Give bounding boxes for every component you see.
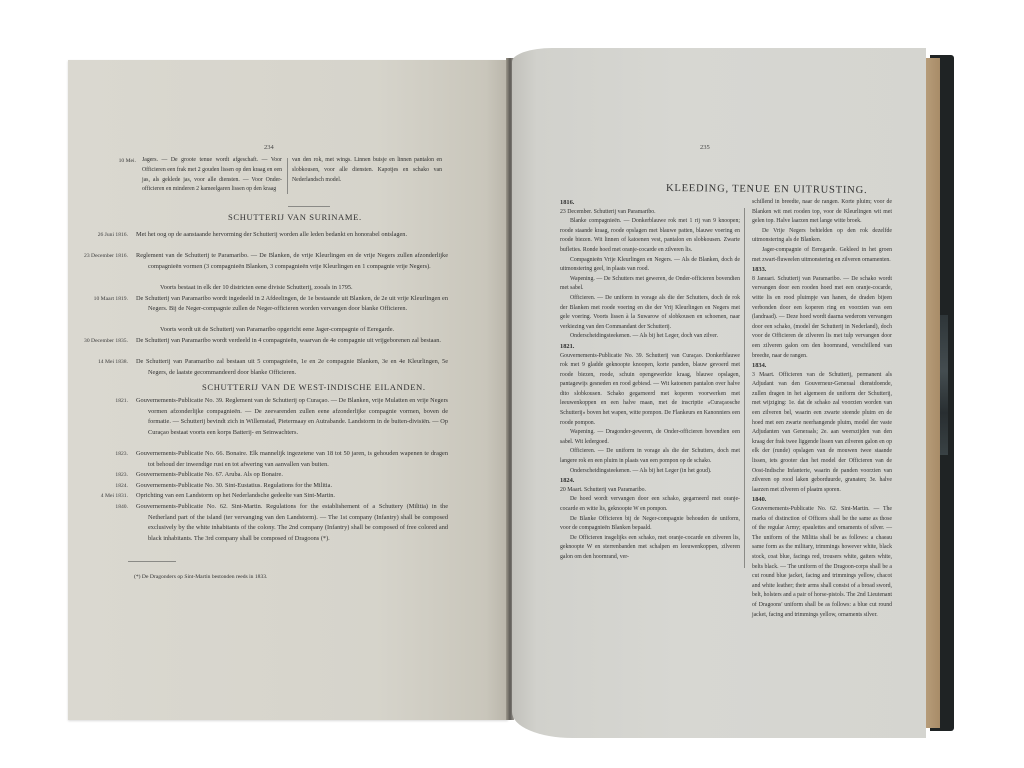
entry-text: De Schutterij van Paramaribo wordt inged…: [136, 294, 448, 315]
paragraph: De Blanke Officieren bij de Neger-compag…: [560, 515, 740, 534]
left-page: 234 10 Mei. Jagers. — De groote tenue wo…: [68, 60, 508, 720]
paragraph: 23 December. Schutterij van Paramaribo.: [560, 208, 740, 218]
entry-text: Gouvernements-Publicatie No. 67. Aruba. …: [136, 470, 448, 481]
year-heading: 1840.: [752, 495, 892, 505]
paragraph: 8 Januari. Schutterij van Paramaribo. — …: [752, 275, 892, 361]
entry-date: 26 Juni 1816.: [68, 230, 128, 241]
top-entry-col1: Jagers. — De groote tenue wordt afgescha…: [142, 156, 282, 195]
entry-date: 10 Maart 1819.: [68, 294, 128, 305]
paragraph: schillend in breedte, naar de rangen. Ko…: [752, 198, 892, 227]
top-entry-col2: van den rok, met wings. Linnen buisje en…: [292, 156, 442, 185]
year-heading: 1816.: [560, 198, 740, 208]
paragraph: Blanke compagnieën. — Donkerblauwe rok m…: [560, 217, 740, 255]
section-heading-suriname: SCHUTTERIJ VAN SURINAME.: [228, 212, 362, 222]
column-divider: [287, 158, 288, 194]
entry-date: 14 Mei 1838.: [68, 357, 128, 368]
right-page: 235 KLEEDING, TENUE EN UITRUSTING. 1816.…: [512, 48, 926, 738]
entry-continuation: Voorts bestaat in elk der 10 districten …: [160, 283, 436, 294]
open-book: 234 10 Mei. Jagers. — De groote tenue wo…: [0, 0, 1024, 768]
page-title: KLEEDING, TENUE EN UITRUSTING.: [666, 183, 868, 196]
paragraph: Jager-compagnie of Eeregarde. Gekleed in…: [752, 246, 892, 265]
entry-date: 4 Mei 1831.: [68, 491, 128, 502]
paragraph: Onderscheidingsteekenen. — Als bij het L…: [560, 467, 740, 477]
entry-text: Gouvernements-Publicatie No. 39. Regleme…: [136, 396, 448, 438]
paragraph: De hoed wordt vervangen door een schako,…: [560, 495, 740, 514]
entry-date: 23 December 1816.: [68, 251, 128, 262]
paragraph: De Vrije Negers behielden op den rok dez…: [752, 227, 892, 246]
entry-text: Gouvernements-Publicatie No. 62. Sint-Ma…: [136, 502, 448, 544]
paragraph: Gouvernements-Publicatie No. 62. Sint-Ma…: [752, 505, 892, 620]
page-number-left: 234: [264, 144, 274, 151]
year-heading: 1821.: [560, 342, 740, 352]
section-heading-west-indies: SCHUTTERIJ VAN DE WEST-INDISCHE EILANDEN…: [202, 382, 426, 392]
entry-date: 1823.: [68, 449, 128, 460]
paragraph: Compagnieën Vrije Kleurlingen en Negers.…: [560, 256, 740, 275]
entry-text: Gouvernements-Publicatie No. 30. Sint-Eu…: [136, 481, 448, 492]
paragraph: Wapening. — De Schutters met geweren, de…: [560, 275, 740, 294]
paragraph: Onderscheidingsteekenen. — Als bij het L…: [560, 332, 740, 342]
divider-rule: [288, 206, 330, 207]
paragraph: Officieren. — De uniform in vorage als d…: [560, 294, 740, 332]
paragraph: Gouvernements-Publicatie No. 39. Schutte…: [560, 352, 740, 429]
paragraph: 3 Maart. Officieren van de Schutterij, p…: [752, 371, 892, 496]
page-number-right: 235: [700, 144, 710, 151]
entry-date: 30 December 1835.: [68, 336, 128, 347]
column-divider: [744, 208, 745, 568]
entry-date: 1823.: [68, 470, 128, 481]
year-heading: 1834.: [752, 361, 892, 371]
entry-text: Met het oog op de aanstaande hervorming …: [136, 230, 448, 241]
footnote: (*) De Dragonders op Sint-Martin bestond…: [134, 572, 434, 583]
entry-text: Gouvernements-Publicatie No. 66. Bonaire…: [136, 449, 448, 470]
entry-text: De Schutterij van Paramaribo wordt verde…: [136, 336, 448, 347]
paragraph: De Officieren insgelijks een schako, met…: [560, 534, 740, 563]
footnote-rule: [128, 561, 176, 562]
right-column-1: 1816.23 December. Schutterij van Paramar…: [560, 198, 740, 563]
year-heading: 1833.: [752, 265, 892, 275]
entry-date: 1840.: [68, 502, 128, 513]
entry-text: Reglement van de Schutterij te Paramarib…: [136, 251, 448, 272]
entry-date: 10 Mei.: [92, 156, 136, 167]
year-heading: 1824.: [560, 476, 740, 486]
right-column-2: schillend in breedte, naar de rangen. Ko…: [752, 198, 892, 620]
entry-text: Oprichting van een Landstorm op het Nede…: [136, 491, 448, 502]
entry-continuation: Voorts wordt uit de Schutterij van Param…: [160, 325, 436, 336]
paragraph: Wapening. — Dragonder-geweren, de Onder-…: [560, 428, 740, 447]
entry-date: 1821.: [68, 396, 128, 407]
entry-date: 1824.: [68, 481, 128, 492]
paragraph: 20 Maart. Schutterij van Paramaribo.: [560, 486, 740, 496]
paragraph: Officieren. — De uniform in vorage als d…: [560, 447, 740, 466]
entry-text: De Schutterij van Paramaribo zal bestaan…: [136, 357, 448, 378]
